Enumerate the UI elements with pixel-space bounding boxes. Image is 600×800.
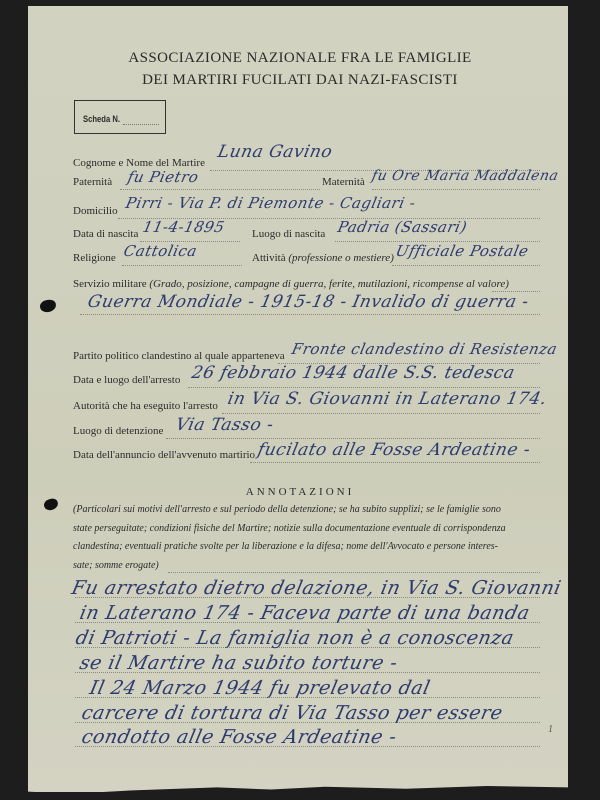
- label-martirio: Data dell'annuncio dell'avvenuto martiri…: [73, 449, 255, 461]
- value-data-nascita[interactable]: 11-4-1895: [141, 218, 226, 236]
- line-martirio: [250, 462, 540, 463]
- line-arresto: [188, 387, 540, 388]
- instruction-line: state perseguitate; condizioni fisiche d…: [73, 520, 543, 539]
- label-domicilio: Domicilio: [73, 205, 118, 217]
- label-paternita: Paternità: [73, 176, 112, 188]
- label-data-nascita: Data di nascita: [73, 228, 138, 240]
- line-detenzione: [166, 438, 540, 439]
- scheda-label: Scheda N.: [83, 114, 120, 124]
- value-domicilio[interactable]: Pirri - Via P. di Piemonte - Cagliari -: [124, 194, 417, 212]
- value-paternita[interactable]: fu Pietro: [126, 168, 200, 186]
- annotazioni-instructions: (Particolari sui motivi dell'arresto e s…: [73, 501, 543, 575]
- annotation-line-1[interactable]: Fu arrestato dietro delazione, in Via S.…: [70, 577, 564, 599]
- value-maternita[interactable]: fu Ore Maria Maddalena: [370, 168, 560, 184]
- label-servizio-text: Servizio militare: [73, 278, 147, 290]
- label-arresto: Data e luogo dell'arresto: [73, 374, 180, 386]
- line-servizio-militare-2: [80, 314, 540, 315]
- line-autorita: [222, 413, 540, 414]
- label-attivita-note: (professione o mestiere): [288, 252, 394, 264]
- annotation-line-2[interactable]: in Laterano 174 - Faceva parte di una ba…: [78, 602, 532, 624]
- instruction-line: (Particolari sui motivi dell'arresto e s…: [73, 501, 543, 520]
- line-instructions-end: [168, 572, 540, 573]
- label-servizio-militare: Servizio militare (Grado, posizione, cam…: [73, 278, 509, 290]
- value-arresto[interactable]: 26 febbraio 1944 dalle S.S. tedesca: [190, 363, 517, 383]
- page-number: 1: [548, 724, 553, 735]
- instruction-line: clandestina; eventuali pratiche svolte p…: [73, 538, 543, 557]
- annotation-line-6[interactable]: carcere di tortura di Via Tasso per esse…: [80, 702, 505, 724]
- value-detenzione[interactable]: Via Tasso -: [174, 415, 276, 435]
- annotation-line-7[interactable]: condotto alle Fosse Ardeatine -: [80, 726, 399, 748]
- label-luogo-nascita: Luogo di nascita: [252, 228, 325, 240]
- label-religione: Religione: [73, 252, 116, 264]
- value-attivita[interactable]: Ufficiale Postale: [394, 242, 530, 260]
- value-autorita[interactable]: in Via S. Giovanni in Laterano 174.: [226, 389, 549, 409]
- label-partito: Partito politico clandestino al quale ap…: [73, 350, 285, 362]
- label-servizio-note: (Grado, posizione, campagne di guerra, f…: [149, 278, 509, 290]
- line-maternita: [372, 189, 540, 190]
- value-luogo-nascita[interactable]: Padria (Sassari): [336, 218, 469, 236]
- value-cognome-nome[interactable]: Luna Gavino: [216, 142, 334, 162]
- annotazioni-title: ANNOTAZIONI: [0, 486, 600, 498]
- line-attivita: [392, 265, 540, 266]
- value-martirio[interactable]: fucilato alle Fosse Ardeatine -: [256, 440, 532, 460]
- line-paternita: [120, 189, 320, 190]
- label-attivita-text: Attività: [252, 252, 286, 264]
- label-attivita: Attività (professione o mestiere): [252, 252, 394, 264]
- scheda-number-field[interactable]: [123, 124, 159, 125]
- line-religione: [122, 265, 242, 266]
- label-maternita: Maternità: [322, 176, 365, 188]
- association-title-line1: ASSOCIAZIONE NAZIONALE FRA LE FAMIGLIE: [0, 50, 600, 67]
- annotation-line-4[interactable]: se il Martire ha subito torture -: [78, 652, 400, 674]
- annotation-line-3[interactable]: di Patrioti - La famiglia non è a conosc…: [74, 627, 516, 649]
- value-servizio-militare[interactable]: Guerra Mondiale - 1915-18 - Invalido di …: [86, 292, 531, 312]
- value-religione[interactable]: Cattolica: [122, 242, 199, 260]
- label-autorita: Autorità che ha eseguito l'arresto: [73, 400, 218, 412]
- association-title-line2: DEI MARTIRI FUCILATI DAI NAZI-FASCISTI: [0, 72, 600, 89]
- annotation-line-5[interactable]: Il 24 Marzo 1944 fu prelevato dal: [88, 677, 433, 699]
- scheda-number-box[interactable]: Scheda N.: [74, 100, 166, 134]
- value-partito[interactable]: Fronte clandestino di Resistenza: [290, 340, 559, 358]
- instruction-line: sate; somme erogate): [73, 557, 159, 576]
- label-detenzione: Luogo di detenzione: [73, 425, 163, 437]
